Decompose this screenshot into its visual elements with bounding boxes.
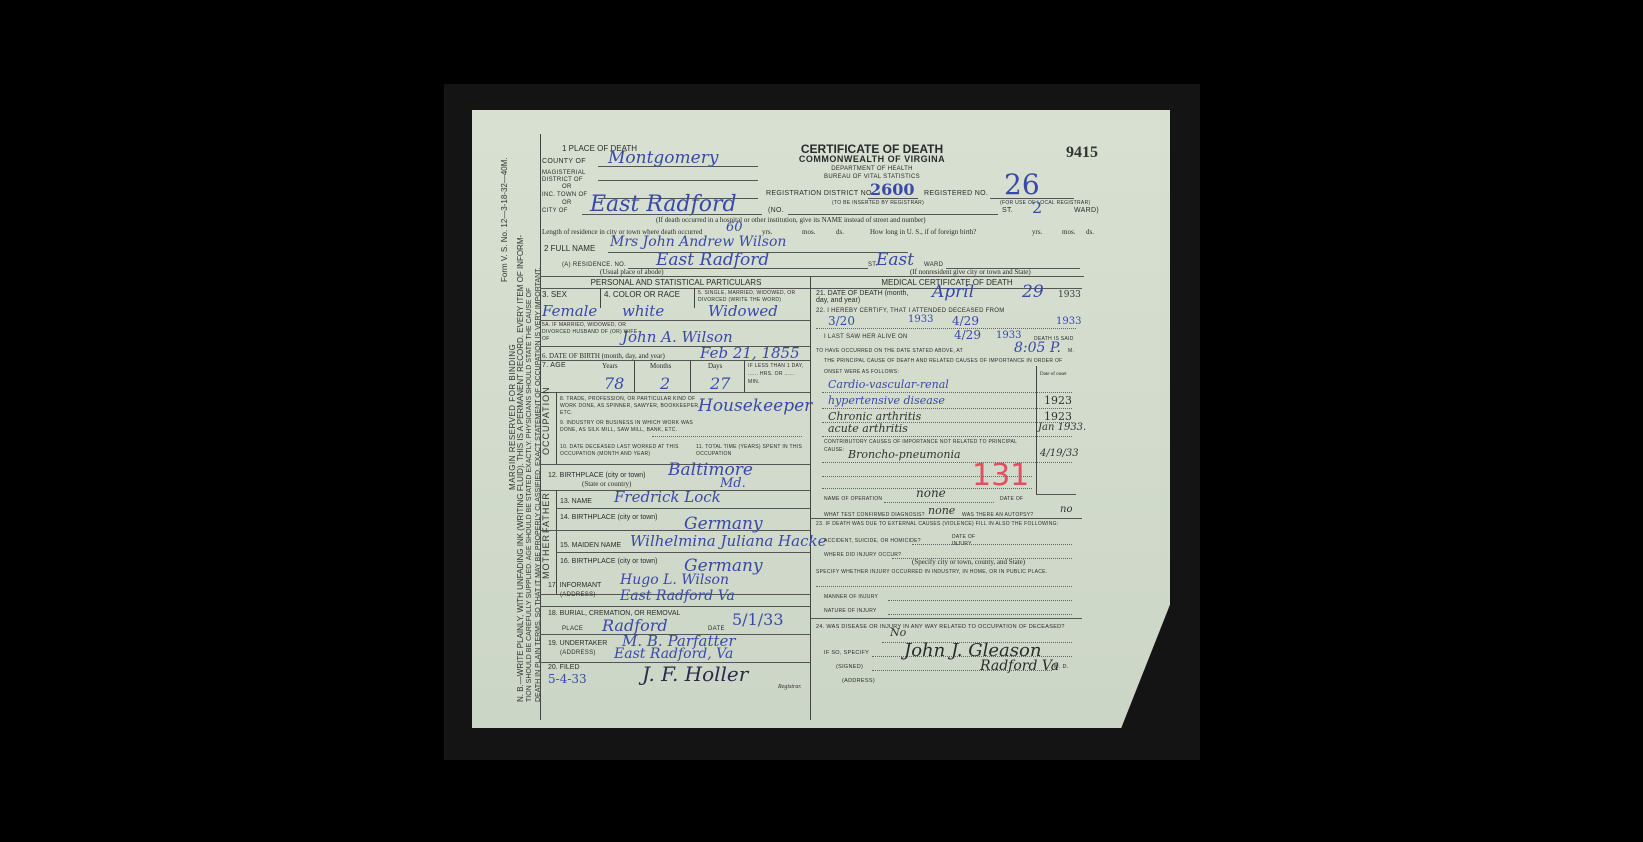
- birthplace-label: 12. BIRTHPLACE (city or town): [548, 472, 646, 479]
- registration-district-value: 2600: [870, 180, 915, 199]
- manner-line: [888, 600, 1072, 601]
- commonwealth-title: COMMONWEALTH OF VIRGINA: [772, 154, 972, 164]
- hospital-note: (If death occurred in a hospital or othe…: [656, 216, 926, 224]
- birthplace-state-label: (State or country): [582, 480, 631, 488]
- date-of-death-month: April: [932, 282, 974, 302]
- ward-value: 2: [1032, 198, 1042, 217]
- years-label: Years: [602, 362, 618, 370]
- age-line: [540, 392, 810, 393]
- city-line: [582, 214, 762, 215]
- days-label: Days: [708, 362, 722, 370]
- contributory-onset: 4/19/33: [1040, 448, 1079, 459]
- age-div-3: [744, 360, 745, 392]
- informant-label: 17. INFORMANT: [548, 582, 601, 589]
- informant-address-label: (ADDRESS): [560, 592, 596, 598]
- operation-value: none: [916, 486, 946, 500]
- mother-name-line: [556, 552, 810, 553]
- magisterial-label: MAGISTERIAL DISTRICT OF: [542, 170, 592, 184]
- injury-industry-label: SPECIFY WHETHER INJURY OCCURRED IN INDUS…: [816, 568, 1078, 576]
- registrar-signature: J. F. Holler: [642, 662, 748, 686]
- instructions-line-2: TION SHOULD BE CAREFULLY SUPPLIED. AGE S…: [526, 288, 533, 702]
- cause-1-line: [822, 392, 1072, 393]
- age-days-value: 27: [710, 374, 730, 393]
- undertaker-address-value: East Radford, Va: [614, 646, 733, 662]
- onset-header: Date of onset: [1040, 372, 1067, 377]
- dob-line: [540, 360, 810, 361]
- mother-name-value: Wilhelmina Juliana Hacke: [630, 532, 826, 550]
- death-certificate: Form V. S. No. 12—3-18-32—40M. MARGIN RE…: [472, 110, 1170, 728]
- onset-column-divider: [1036, 366, 1037, 494]
- mother-name-label: 15. MAIDEN NAME: [560, 542, 621, 549]
- contributory-line: [822, 462, 1072, 463]
- or-label-1: OR: [562, 184, 572, 190]
- operation-label: NAME OF OPERATION: [824, 496, 882, 502]
- reg-district-note: (TO BE INSERTED BY REGISTRAR): [832, 200, 924, 206]
- cause-4: acute arthritis: [828, 422, 908, 435]
- race-label: 4. COLOR OR RACE: [604, 290, 680, 299]
- personal-title-line: [540, 288, 810, 289]
- father-name-line: [556, 508, 810, 509]
- filed-value: 5-4-33: [548, 672, 587, 686]
- residence-value: East Radford: [656, 250, 769, 270]
- father-birthplace-label: 14. BIRTHPLACE (city or town): [560, 514, 658, 521]
- date-of-death-label: 21. DATE OF DEATH (month, day, and year): [816, 290, 916, 304]
- mother-birthplace-label: 16. BIRTHPLACE (city or town): [560, 558, 658, 565]
- occupation-related-label: 24. WAS DISEASE OR INJURY IN ANY WAY REL…: [816, 620, 1078, 634]
- injury-where-label: WHERE DID INJURY OCCUR?: [824, 552, 901, 558]
- father-bottom-line: [540, 530, 810, 531]
- red-stamp-number: 131: [972, 458, 1029, 493]
- foreign-yrs-label: yrs.: [1032, 228, 1042, 236]
- father-birthplace-value: Germany: [684, 514, 763, 534]
- onset-column-right: [1036, 494, 1076, 495]
- registration-district-label: REGISTRATION DISTRICT No.: [766, 190, 874, 197]
- undertaker-address-label: (ADDRESS): [560, 650, 596, 656]
- marital-value: Widowed: [708, 302, 778, 320]
- industry-line: [652, 436, 802, 437]
- nonresident-note: (If nonresident give city or town and St…: [910, 268, 1031, 276]
- trade-label: 8. TRADE, PROFESSION, OR PARTICULAR KIND…: [560, 396, 710, 417]
- informant-address-value: East Radford Va: [620, 588, 735, 604]
- ds-label: ds.: [836, 228, 844, 236]
- foreign-birth-label: How long in U. S., if of foreign birth?: [870, 228, 976, 236]
- cause-2-line: [822, 408, 1072, 409]
- mother-side-label: MOTHER: [541, 539, 551, 579]
- age-years-value: 78: [604, 374, 624, 393]
- no-label: (No.: [768, 207, 784, 214]
- date-of-death-day: 29: [1022, 282, 1044, 302]
- cause-2: hypertensive disease: [828, 394, 945, 407]
- time-suffix: M.: [1068, 348, 1074, 354]
- date-of-death-year: 1933: [1058, 290, 1081, 300]
- last-saw-value: 4/29: [954, 328, 981, 342]
- test-line: [810, 518, 1082, 519]
- registered-note: (FOR USE OF LOCAL REGISTRAR): [1000, 200, 1090, 206]
- parents-side-divider: [556, 490, 557, 594]
- age-div-1: [634, 360, 635, 392]
- residence-st-value: East: [876, 250, 914, 270]
- cause-4-line: [822, 436, 1072, 437]
- autopsy-value: no: [1060, 504, 1072, 515]
- informant-value: Hugo L. Wilson: [620, 572, 729, 588]
- race-marital-divider: [694, 288, 695, 308]
- age-div-2: [690, 360, 691, 392]
- attended-from-value: 3/20: [828, 314, 855, 328]
- full-name-value: Mrs John Andrew Wilson: [610, 234, 786, 250]
- personal-section-title: PERSONAL AND STATISTICAL PARTICULARS: [542, 278, 810, 287]
- trade-value: Housekeeper: [698, 396, 812, 416]
- last-saw-label: I LAST SAW her ALIVE ON: [824, 334, 908, 340]
- signed-label: (SIGNED): [836, 664, 863, 670]
- registered-no-value: 26: [1004, 168, 1040, 201]
- father-name-value: Fredrick Lock: [614, 488, 721, 506]
- residence-note: (Usual place of abode): [600, 268, 664, 276]
- sex-race-divider: [600, 288, 601, 308]
- age-label: 7. AGE: [542, 362, 566, 369]
- full-name-label: 2 FULL NAME: [544, 244, 595, 253]
- foreign-mos-label: mos.: [1062, 228, 1075, 236]
- total-time-label: 11. TOTAL TIME (YEARS) SPENT IN THIS OCC…: [696, 444, 806, 458]
- occupation-side-divider: [556, 392, 557, 464]
- filed-label: 20. FILED: [548, 664, 580, 671]
- section-middle-divider: [810, 276, 811, 720]
- sex-label: 3. SEX: [542, 290, 567, 299]
- months-label: Months: [650, 362, 671, 370]
- section-top-border: [540, 276, 1084, 277]
- inc-town-label: INC. TOWN OF: [542, 192, 587, 198]
- father-name-label: 13. NAME: [560, 498, 592, 505]
- operation-date-label: DATE OF: [1000, 496, 1023, 502]
- informant-line: [540, 606, 810, 607]
- registrar-label: Registrar.: [778, 684, 802, 690]
- department-label: DEPARTMENT OF HEALTH: [772, 166, 972, 172]
- last-worked-label: 10. DATE DECEASED LAST WORKED AT THIS OC…: [560, 444, 680, 458]
- row-3-line: [540, 320, 810, 321]
- time-of-death-value: 8:05 P.: [1014, 340, 1061, 356]
- occupation-side-label: OCCUPATION: [541, 395, 551, 455]
- father-side-label: FATHER: [541, 493, 551, 533]
- birthplace-state-value: Md.: [720, 476, 746, 491]
- county-label: COUNTY OF: [542, 158, 586, 165]
- residence-line: [628, 268, 868, 269]
- industry-label: 9. INDUSTRY OR BUSINESS IN WHICH WORK WA…: [560, 420, 710, 434]
- race-value: white: [622, 302, 664, 320]
- age-months-value: 2: [660, 374, 670, 393]
- undertaker-label: 19. UNDERTAKER: [548, 640, 607, 647]
- nature-label: NATURE OF INJURY: [824, 608, 877, 614]
- registered-no-label: REGISTERED No.: [924, 190, 988, 197]
- nature-line: [888, 614, 1072, 615]
- operation-line: [884, 502, 994, 503]
- nature-bottom-line: [810, 618, 1082, 619]
- external-causes-label: 23. IF DEATH WAS DUE TO EXTERNAL CAUSES …: [816, 520, 1078, 528]
- instructions-line-1: N. B.—WRITE PLAINLY, WITH UNFADING INK (…: [516, 235, 525, 702]
- physician-address: Radford Va: [980, 658, 1059, 674]
- attended-to-value: 4/29: [952, 314, 979, 328]
- reg-district-line: [868, 198, 918, 199]
- cause-4-onset: Jan 1933.: [1038, 422, 1086, 433]
- address-label: (ADDRESS): [842, 678, 875, 684]
- ward-label: WARD): [1074, 207, 1099, 214]
- test-value: none: [928, 504, 955, 517]
- accident-label: ACCIDENT, SUICIDE, OR HOMICIDE?: [824, 538, 921, 544]
- sex-value: Female: [542, 302, 597, 320]
- mos-label: mos.: [802, 228, 815, 236]
- certificate-number: 9415: [1066, 144, 1098, 162]
- magisterial-line: [598, 180, 758, 181]
- county-value: Montgomery: [608, 148, 718, 168]
- form-number: Form V. S. No. 12—3-18-32—40M.: [500, 157, 509, 282]
- cause-2-onset: 1923: [1044, 394, 1072, 407]
- occurred-label: TO HAVE OCCURRED ON THE DATE STATED ABOV…: [816, 348, 963, 354]
- industry-place-line: [816, 586, 1072, 587]
- injury-where-note: (Specify city or town, county, and State…: [912, 558, 1025, 566]
- injury-date-label: DATE OF INJURY: [952, 534, 992, 548]
- contributory-value: Broncho-pneumonia: [848, 448, 961, 461]
- burial-date-value: 5/1/33: [732, 610, 784, 629]
- attended-from-year: 1933: [908, 314, 933, 325]
- specify-label: IF SO, SPECIFY: [824, 650, 869, 656]
- occupation-related-value: No: [890, 626, 906, 639]
- foreign-ds-label: ds.: [1086, 228, 1094, 236]
- dob-label: 6. DATE OF BIRTH (month, day, and year): [542, 352, 665, 360]
- less-than-label: IF LESS THAN 1 DAY, ...... HRS. OR .....…: [748, 362, 808, 386]
- no-line: [788, 214, 998, 215]
- st-label: ST.: [1002, 207, 1013, 214]
- manner-label: MANNER OF INJURY: [824, 594, 878, 600]
- attended-line: [816, 328, 1076, 329]
- city-label: CITY OF: [542, 208, 568, 214]
- accident-line: [912, 544, 1072, 545]
- residence-years-value: 60: [726, 220, 743, 235]
- burial-place-label: PLACE: [562, 626, 583, 632]
- cause-1: Cardio-vascular-renal: [828, 378, 949, 391]
- or-label-2: OR: [562, 200, 572, 206]
- attended-to-year: 1933: [1056, 316, 1081, 327]
